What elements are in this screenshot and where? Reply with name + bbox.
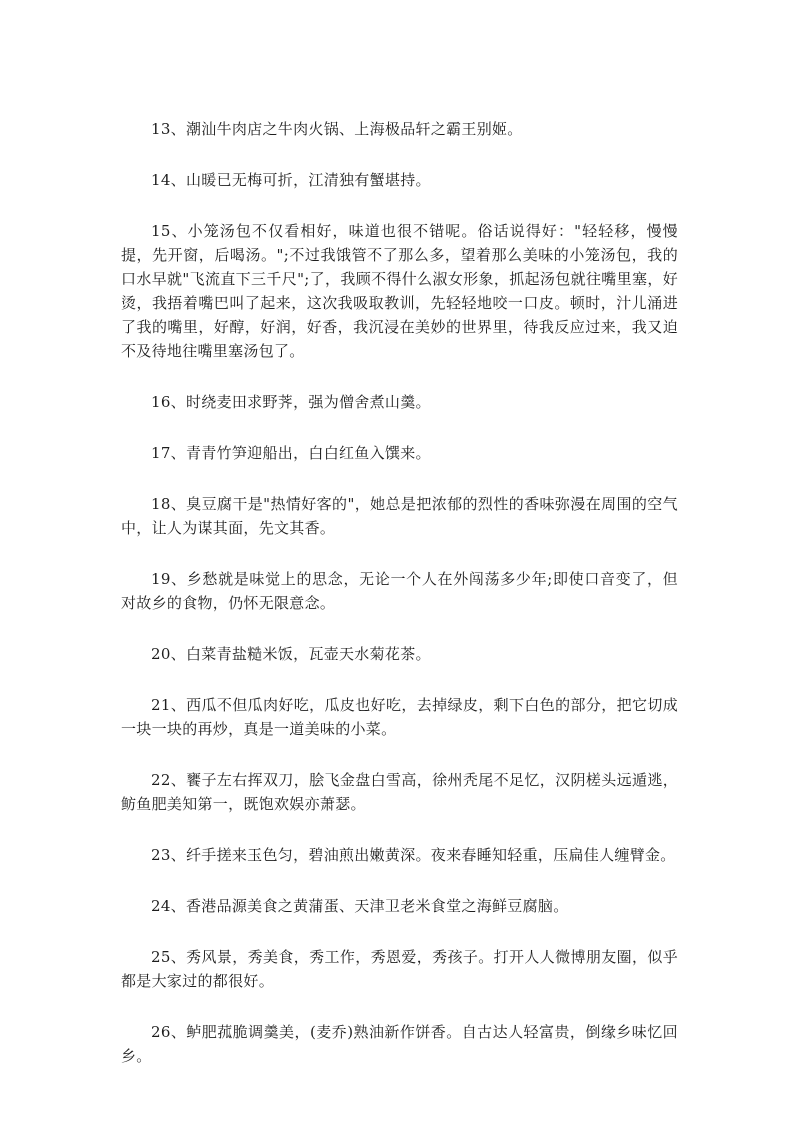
quote-item-13: 13、潮汕牛肉店之牛肉火锅、上海极品轩之霸王别姬。 [121,117,678,141]
quote-item-17: 17、青青竹笋迎船出，白白红鱼入馔来。 [121,441,678,465]
quote-item-21: 21、西瓜不但瓜肉好吃，瓜皮也好吃，去掉绿皮，剩下白色的部分，把它切成一块一块的… [121,693,678,741]
quote-item-20: 20、白菜青盐糙米饭，瓦壶天水菊花茶。 [121,642,678,666]
quote-item-16: 16、时绕麦田求野荠，强为僧舍煮山羹。 [121,390,678,414]
quote-item-23: 23、纤手搓来玉色匀，碧油煎出嫩黄深。夜来春睡知轻重，压扁佳人缠臂金。 [121,843,678,867]
quote-item-25: 25、秀风景，秀美食，秀工作，秀恩爱，秀孩子。打开人人微博朋友圈，似乎都是大家过… [121,945,678,993]
document-page: 13、潮汕牛肉店之牛肉火锅、上海极品轩之霸王别姬。 14、山暖已无梅可折，江清独… [0,0,800,1132]
quote-item-26: 26、鲈肥菰脆调羹美，(麦乔)熟油新作饼香。自古达人轻富贵，倒缘乡味忆回乡。 [121,1020,678,1068]
quote-item-19: 19、乡愁就是味觉上的思念，无论一个人在外闯荡多少年;即使口音变了，但对故乡的食… [121,567,678,615]
quote-item-14: 14、山暖已无梅可折，江清独有蟹堪持。 [121,168,678,192]
quote-item-22: 22、饔子左右挥双刀，脍飞金盘白雪高，徐州秃尾不足忆，汉阴槎头远遁逃，鲂鱼肥美知… [121,768,678,816]
quote-item-15: 15、小笼汤包不仅看相好，味道也很不错呢。俗话说得好："轻轻移，慢慢提，先开窗，… [121,219,678,363]
quote-item-24: 24、香港品源美食之黄蒲蛋、天津卫老米食堂之海鲜豆腐脑。 [121,894,678,918]
quote-item-18: 18、臭豆腐干是"热情好客的"，她总是把浓郁的烈性的香味弥漫在周围的空气中，让人… [121,492,678,540]
